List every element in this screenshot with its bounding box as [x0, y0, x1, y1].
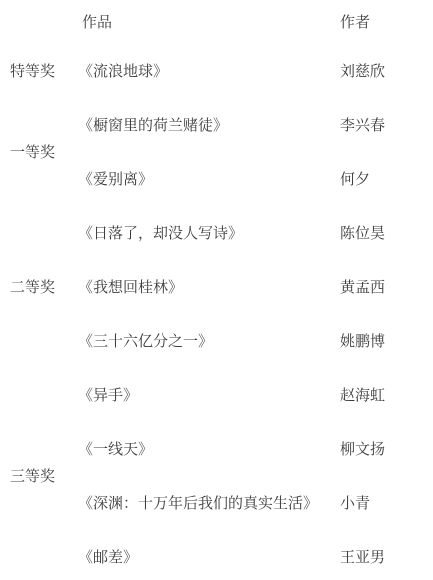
author-cell: 小青	[335, 475, 433, 529]
work-cell: 《异手》	[78, 367, 335, 421]
table-row: 三等奖 《异手》 赵海虹	[0, 367, 433, 421]
work-cell: 《一线天》	[78, 421, 335, 475]
author-cell: 姚鹏博	[335, 313, 433, 367]
author-cell: 黄孟西	[335, 259, 433, 313]
work-cell: 《邮差》	[78, 529, 335, 580]
work-cell: 《我想回桂林》	[78, 259, 335, 313]
author-cell: 柳文扬	[335, 421, 433, 475]
prize-cell-first: 一等奖	[0, 97, 78, 205]
prize-cell-special: 特等奖	[0, 43, 78, 97]
prize-cell-third: 三等奖	[0, 367, 78, 580]
table-row: 一等奖 《橱窗里的荷兰赌徒》 李兴春	[0, 97, 433, 151]
prize-column-header	[0, 0, 78, 43]
work-cell: 《爱别离》	[78, 151, 335, 205]
header-row: 作品 作者	[0, 0, 433, 43]
work-cell: 《三十六亿分之一》	[78, 313, 335, 367]
author-cell: 刘慈欣	[335, 43, 433, 97]
author-cell: 何夕	[335, 151, 433, 205]
table-row: 二等奖 《日落了，却没人写诗》 陈位昊	[0, 205, 433, 259]
work-column-header: 作品	[78, 0, 335, 43]
table-row: 特等奖 《流浪地球》 刘慈欣	[0, 43, 433, 97]
work-cell: 《橱窗里的荷兰赌徒》	[78, 97, 335, 151]
work-cell: 《深渊：十万年后我们的真实生活》	[78, 475, 335, 529]
author-cell: 王亚男	[335, 529, 433, 580]
author-cell: 李兴春	[335, 97, 433, 151]
work-cell: 《流浪地球》	[78, 43, 335, 97]
author-column-header: 作者	[335, 0, 433, 43]
author-cell: 赵海虹	[335, 367, 433, 421]
prize-cell-second: 二等奖	[0, 205, 78, 367]
author-cell: 陈位昊	[335, 205, 433, 259]
work-cell: 《日落了，却没人写诗》	[78, 205, 335, 259]
award-table: 作品 作者 特等奖 《流浪地球》 刘慈欣 一等奖 《橱窗里的荷兰赌徒》 李兴春 …	[0, 0, 433, 580]
